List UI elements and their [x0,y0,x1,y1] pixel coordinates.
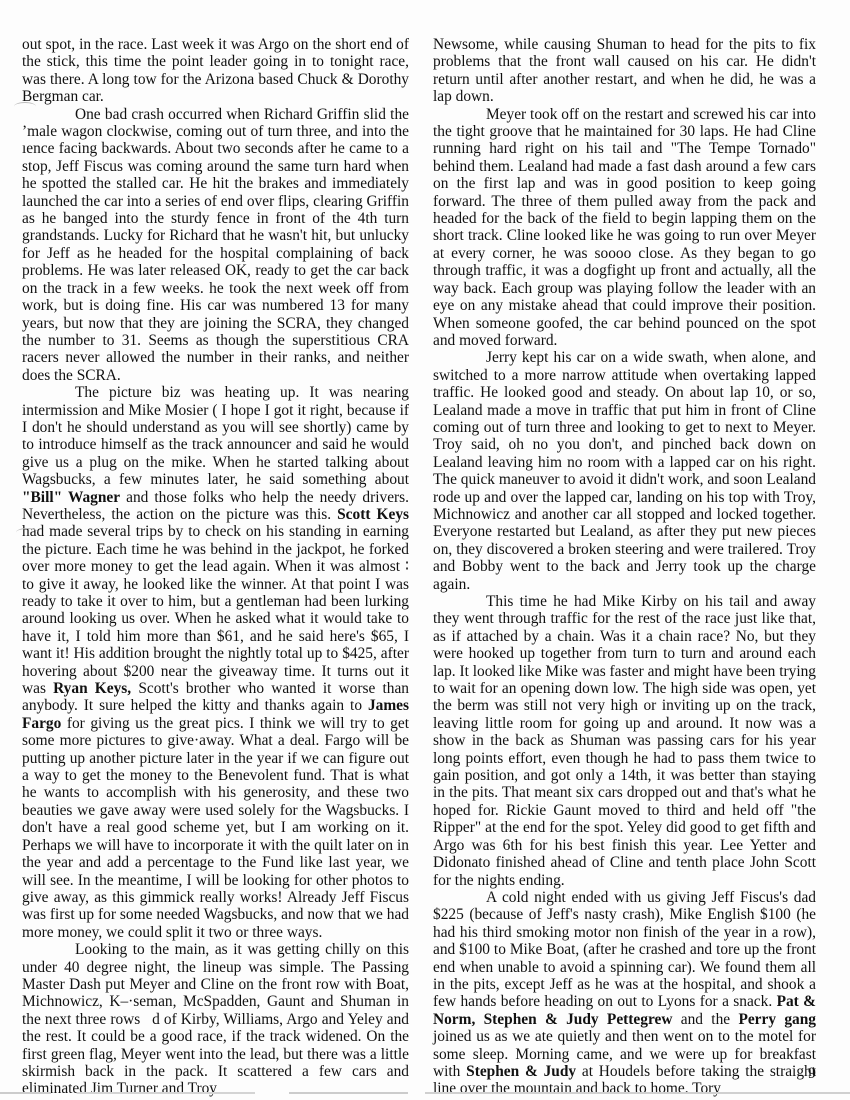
bold-name: Ryan Keys, [53,680,131,697]
paragraph: Meyer took off on the restart and screwe… [433,106,816,350]
text-run: for giving us the great pics. I think we… [22,715,409,941]
text-run: and the [672,1011,738,1028]
scan-artifact-mark [14,102,36,111]
document-page: out spot, in the race. Last week it was … [0,0,850,1100]
paragraph: The picture biz was heating up. It was n… [22,384,409,941]
right-column: Newsome, while causing Shuman to head fo… [433,36,816,1098]
scan-artifact-mark [16,528,38,537]
paragraph: Newsome, while causing Shuman to head fo… [433,36,816,106]
scan-edge-line [0,1092,850,1094]
paragraph: out spot, in the race. Last week it was … [22,36,409,106]
bold-name: Scott Keys [337,506,409,523]
text-run: had made several trips by to check on hi… [22,523,409,697]
bold-name: "Bill" Wagner [22,489,120,506]
text-run: A cold night ended with us giving Jeff F… [433,889,816,1010]
page-number: 9 [808,1065,816,1083]
paragraph: A cold night ended with us giving Jeff F… [433,889,816,1098]
text-run: The picture biz was heating up. It was n… [22,384,409,488]
paragraph: Looking to the main, as it was getting c… [22,941,409,1098]
left-column: out spot, in the race. Last week it was … [22,36,409,1098]
bold-name: Perry gang [738,1011,816,1028]
paragraph: This time he had Mike Kirby on his tail … [433,593,816,889]
bold-name: Stephen & Judy [466,1063,576,1080]
paragraph: Jerry kept his car on a wide swath, when… [433,349,816,593]
paragraph: One bad crash occurred when Richard Grif… [22,106,409,385]
